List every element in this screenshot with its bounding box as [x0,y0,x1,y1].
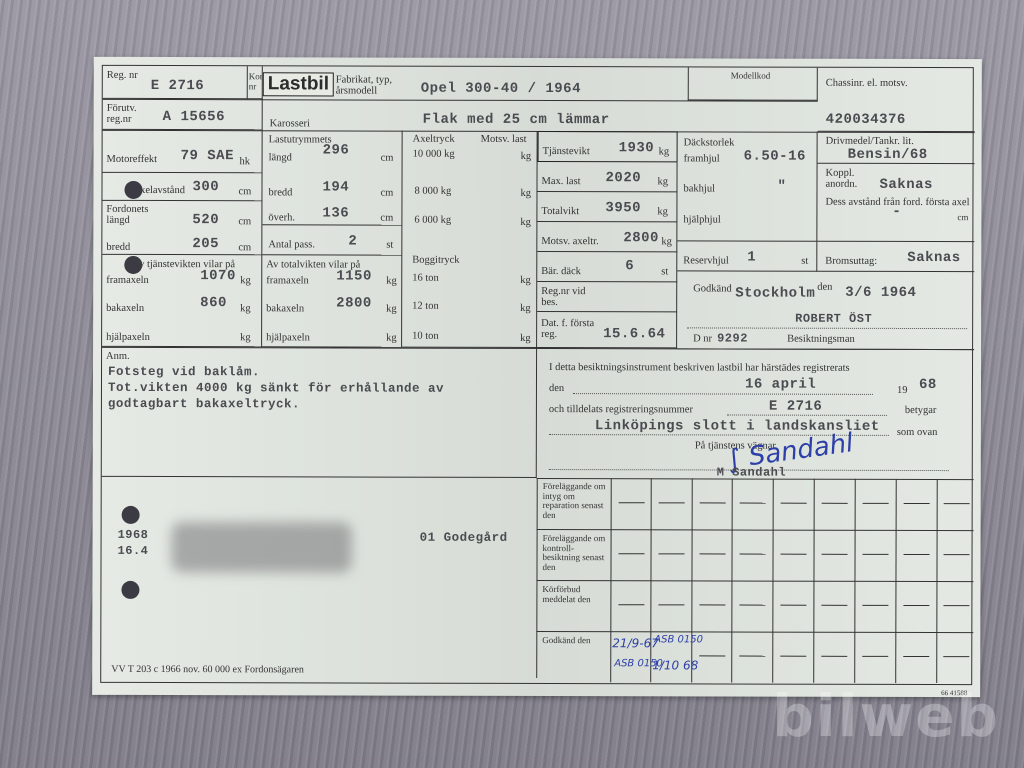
drivmedel-value: Bensin/68 [848,147,928,163]
lastutrymme-langd-value: 296 [323,142,350,158]
motsv-axeltr-cell: Motsv. axeltr. 2800 kg [537,222,677,252]
kort-nr-label: Kort nr [249,72,263,91]
grid-col [772,479,814,683]
som-ovan-label: som ovan [897,427,938,438]
modellkod-label: Modellkod [731,72,771,82]
karosseri-label: Karosseri [270,118,310,129]
bar-dack-value: 6 [625,258,634,274]
reg-nr-label: Reg. nr [107,70,138,81]
owner-date-year: 1968 [118,528,149,542]
hjalpaxeln-label: hjälpaxeln [106,332,150,343]
framhjul-label: framhjul [684,153,720,164]
anm-line: Fotsteg vid baklåm. [108,365,260,379]
registration-date: 16 april [745,377,816,393]
fordonets-bredd-label: bredd [106,242,130,253]
motsv-axeltr-value: 2800 [623,230,659,246]
antal-pass-value: 2 [348,234,357,250]
grid-col [731,479,773,683]
hjalpaxeln-label: hjälpaxeln [266,332,310,343]
d-nr-label: D nr [693,333,712,344]
handwritten-approval-date: 21/9-67 [612,636,659,650]
bakaxeln-label: bakaxeln [106,303,144,314]
antal-pass-cell: Antal pass. 2 st [262,225,402,255]
lastutrymme-cell: Lastutrymmets längd 296 cm bredd 194 cm … [262,130,402,225]
grid-row-label: Föreläggande om kontroll-besiktning sena… [542,534,608,572]
totalvikt-label: Totalvikt [541,206,579,217]
framaxeln-label: framaxeln [266,275,309,286]
reservhjul-value: 1 [747,250,756,266]
registration-intro: I detta besiktningsinstrument beskriven … [549,362,969,374]
totalvikt-bakaxeln-value: 2800 [336,295,372,311]
koppl-label: Koppl. anordn. [825,168,865,190]
bakhjul-label: bakhjul [683,183,715,194]
boggitryck-label: Boggitryck [412,255,459,266]
koppl-avstand-value: - [892,204,901,220]
d-nr-value: 9292 [717,331,748,345]
fordonets-langd-value: 520 [192,212,219,228]
tjanstevikt-label: Tjänstevikt [543,146,590,157]
dack-cell: Däckstorlek framhjul 6.50-16 bakhjul " h… [677,131,817,241]
unit: kg [520,275,531,286]
totalvikt-framaxeln-value: 1150 [336,268,372,284]
reservhjul-label: Reservhjul [683,255,729,266]
unit: kg [520,188,531,199]
tjanstevikt-cell: Tjänstevikt 1930 kg [538,131,678,162]
unit: kg [386,304,397,315]
boggitryck-row: 10 ton [412,331,439,342]
date-line [573,393,873,395]
unit: kg [386,333,397,344]
framaxeln-label: framaxeln [106,275,149,286]
grid-col [813,479,855,683]
unit: kg [657,176,668,187]
totalvikt-value: 3950 [605,200,641,216]
unit: kg [520,333,531,344]
motsv-last-label: Motsv. last [481,134,527,145]
reg-nr-vid-bes-label: Reg.nr vid bes. [541,286,587,308]
document-type-badge: Lastbil [263,72,334,96]
unit: st [801,256,808,267]
koppl-cell: Koppl. anordn. Saknas Dess avstånd från … [817,164,974,242]
axeltryck-row: 6 000 kg [414,215,451,226]
inspection-grid: Föreläggande om intyg om reparation sena… [536,478,974,683]
punch-hole [121,581,139,599]
motsv-axeltr-label: Motsv. axeltr. [541,236,598,247]
drivmedel-label: Drivmedel/Tankr. lit. [826,136,914,147]
dat-forsta-reg-cell: Dat. f. första reg. 15.6.64 [537,312,677,348]
karosseri-value: Flak med 25 cm lämmar [423,112,610,128]
unit: cm [380,213,393,224]
grid-row-label: Föreläggande om intyg om reparation sena… [543,482,609,520]
anm-label: Anm. [106,351,130,362]
grid-col [650,478,692,682]
grid-col [691,478,732,682]
unit: cm [238,186,251,197]
bromsuttag-cell: Bromsuttag: Saknas [817,242,974,272]
watermark: bilweb [772,682,1000,750]
redacted-owner-name [171,522,351,572]
tjanstevikt-framaxeln-value: 1070 [200,268,236,284]
dat-forsta-reg-value: 15.6.64 [603,326,665,342]
reg-nr-cell: Reg. nr E 2716 [103,66,248,99]
year-prefix: 19 [897,385,908,396]
registration-document: Reg. nr E 2716 Kort nr Lastbil Fabrikat,… [92,57,982,697]
owner-address: 01 Godegård [420,531,508,545]
godkand-place: Stockholm [735,286,815,302]
lastutrymme-bredd-label: bredd [268,187,292,198]
axeltryck-label: Axeltryck [413,134,455,145]
forutv-cell: Förutv. reg.nr A 15656 [103,99,263,130]
totalvikt-dist-cell: Av totalvikten vilar på framaxeln 1150 k… [262,255,402,347]
den-label: den [817,282,832,293]
drivmedel-cell: Drivmedel/Tankr. lit. Bensin/68 [818,132,975,164]
registration-year: 68 [919,377,937,393]
fabrikat-value: Opel 300-40 / 1964 [421,81,581,97]
punch-hole [124,181,142,199]
unit: cm [238,242,251,253]
grid-row-label: Godkänd den [542,636,590,646]
unit: kg [520,217,531,228]
hjalphjul-label: hjälphjul [683,214,720,225]
unit: kg [521,151,532,162]
unit: st [661,266,668,277]
motoreffekt-label: Motoreffekt [107,154,158,165]
unit: kg [657,206,668,217]
bakaxeln-label: bakaxeln [266,303,304,314]
godkand-label: Godkänd [693,283,732,294]
max-last-value: 2020 [605,170,641,186]
unit: kg [661,236,672,247]
motoreffekt-value: 79 SAE [181,148,234,164]
betygar-label: betygar [905,405,937,416]
grid-col [895,479,937,683]
unit: kg [240,303,251,314]
den-label: den [549,383,564,394]
godkand-block: Godkänd Stockholm den 3/6 1964 ROBERT ÖS… [677,271,974,350]
assigned-label: och tilldelats registreringsnummer [549,404,693,415]
framhjul-value: 6.50-16 [744,149,806,165]
bromsuttag-value: Saknas [907,250,960,266]
axeltryck-row: 8 000 kg [414,186,451,197]
boggitryck-row: 12 ton [412,301,439,312]
axeltryck-row: 10 000 kg [413,149,455,160]
forutv-value: A 15656 [163,109,225,125]
kort-nr-cell: Kort nr [248,66,263,99]
anm-line: Tot.vikten 4000 kg sänkt för erhållande … [108,381,444,396]
tjanstevikt-value: 1930 [619,140,655,156]
koppl-value: Saknas [879,177,932,193]
unit: cm [957,212,968,222]
fordonets-langd-label: Fordonets längd [106,204,158,226]
bar-dack-label: Bär. däck [541,266,581,277]
form-footer: VV T 203 c 1966 nov. 60 000 ex Fordonsäg… [111,664,304,676]
divider [103,172,263,173]
unit: kg [240,332,251,343]
unit: st [386,240,393,251]
registration-number: E 2716 [769,399,822,415]
lastutrymme-bredd-value: 194 [322,179,349,195]
chassinr-cell: Chassinr. el. motsv. 420034376 [818,68,975,132]
unit: hk [240,156,251,167]
grid-col [854,479,896,683]
tjanstevikt-bakaxeln-value: 860 [200,295,227,311]
signature-line [687,327,967,329]
punch-hole [122,506,140,524]
punch-hole [124,256,142,274]
grid-col [610,478,651,682]
grid-col [936,479,974,683]
anm-cell: Anm. Fotsteg vid baklåm. Tot.vikten 4000… [102,347,537,478]
forutv-label: Förutv. reg.nr [107,103,157,125]
besiktningsman-name: ROBERT ÖST [795,312,872,326]
antal-pass-label: Antal pass. [268,239,315,250]
dat-forsta-reg-label: Dat. f. första reg. [541,318,597,340]
lastutrymme-overh-label: överh. [268,212,295,223]
fordonets-bredd-value: 205 [192,236,219,252]
lastutrymme-langd-label: längd [269,152,292,163]
unit: cm [381,153,394,164]
divider [102,200,262,201]
unit: cm [238,216,251,227]
axeltryck-cell: Axeltryck Motsv. last 10 000 kg kg 8 000… [402,131,538,348]
anm-line: godtagbart bakaxeltryck. [108,397,300,412]
unit: cm [380,188,393,199]
besiktningsman-label: Besiktningsman [787,334,855,345]
max-last-label: Max. last [541,176,580,187]
bakhjul-value: " [777,179,786,195]
handwritten-approval-date: 1/10 68 [652,658,698,672]
lastutrymme-overh-value: 136 [322,205,349,221]
reg-nr-value: E 2716 [151,78,204,94]
axelavstand-value: 300 [192,179,219,195]
boggitryck-row: 16 ton [412,273,439,284]
grid-row-label: Körförbud meddelat den [542,585,608,604]
totalvikt-cell: Totalvikt 3950 kg [537,192,677,222]
bromsuttag-label: Bromsuttag: [825,256,877,267]
godkand-date: 3/6 1964 [845,285,916,301]
unit: kg [520,303,531,314]
unit: kg [240,275,251,286]
document-frame: Reg. nr E 2716 Kort nr Lastbil Fabrikat,… [100,65,974,685]
max-last-cell: Max. last 2020 kg [537,162,677,192]
owner-date-day: 16.4 [118,544,149,558]
handwritten-approval-code: ASB 0150 [654,634,703,645]
reg-nr-vid-bes-cell: Reg.nr vid bes. [537,282,677,312]
chassinr-label: Chassinr. el. motsv. [826,78,908,89]
registration-block: I detta besiktningsinstrument beskriven … [537,348,974,480]
unit: kg [386,276,397,287]
unit: kg [659,146,670,157]
modellkod-cell: Modellkod [688,67,818,100]
chassinr-value: 420034376 [826,112,906,128]
dackstorlek-label: Däckstorlek [684,137,735,148]
bar-dack-cell: Bär. däck 6 st [537,252,677,282]
reservhjul-cell: Reservhjul 1 st [677,241,817,271]
